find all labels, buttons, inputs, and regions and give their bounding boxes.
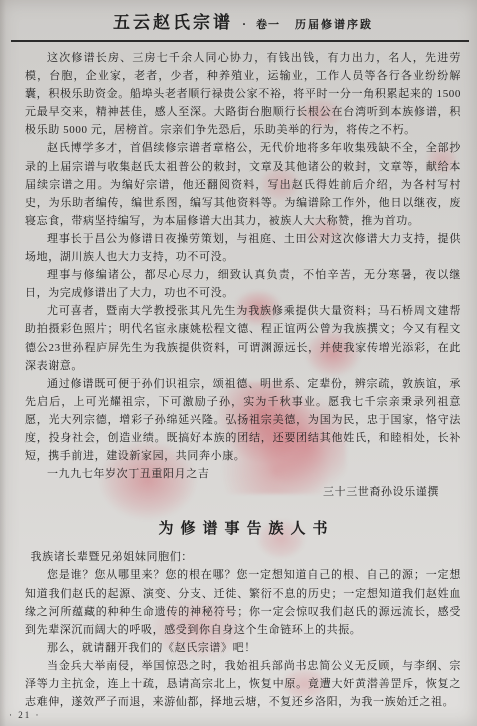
notice-paragraph: 当金兵大举南侵，举国惊恐之时，我始祖兵部尚书忠简公义无反顾，与李纲、宗泽等力主抗… [25,657,461,711]
page-header: 五云赵氏宗谱 · 卷一 历届修谱序跋 [25,11,461,37]
preface-paragraph: 赵氏博学多才，首倡续修宗谱者章格公，无代价地将多年收集残缺不全，全部抄录的上届宗… [25,139,461,229]
preface-paragraph: 理事与修编诸公，都尽心尽力，细致认真负责，不怕辛苦，无分寒暑，夜以继日，为完成修… [25,266,461,302]
preface-date-line: 一九九七年岁次丁丑重阳月之吉 [25,465,461,483]
notice-salutation: 我族诸长辈暨兄弟姐妹同胞们： [25,548,461,566]
preface-paragraph: 理事长于昌公为修谱日夜操劳策划，与祖庭、土田公对这次修谱大力支持，提供场地，湖川… [25,230,461,266]
notice-paragraph: 您是谁？您从哪里来？您的根在哪？您一定想知道自己的根、自己的源；一定想知道我们赵… [25,566,461,638]
notice-section: 我族诸长辈暨兄弟姐妹同胞们： 您是谁？您从哪里来？您的根在哪？您一定想知道自己的… [25,548,461,711]
notice-heading: 为修谱事告族人书 [25,517,461,538]
page-number: · 21 · [9,710,41,720]
preface-paragraph: 尤可喜者，暨南大学教授张其凡先生为我族修乘提供大量资料；马石桥周文建帮助拍摄彩色… [25,302,461,374]
preface-paragraph: 通过修谱既可便于孙们识祖宗，颂祖德、明世系、定辈份，辨宗疏，敦族谊，承先启后，上… [25,375,461,465]
book-title: 五云赵氏宗谱 [113,13,233,32]
preface-paragraph: 这次修谱长房、三房七千余人同心协力，有钱出钱，有力出力，名人，先进劳模，台胞，企… [25,49,461,139]
genealogy-scan-page: 五云赵氏宗谱 · 卷一 历届修谱序跋 这次修谱长房、三房七千余人同心协力，有钱出… [0,0,477,726]
preface-signature: 三十三世裔孙设乐谨撰 [25,483,461,501]
notice-paragraph: 那么，就请翻开我们的《赵氏宗谱》吧！ [25,639,461,657]
title-dot: · [242,17,247,31]
header-rule [11,40,469,42]
volume-label: 卷一 [256,19,280,31]
preface-section: 这次修谱长房、三房七千余人同心协力，有钱出钱，有力出力，名人，先进劳模，台胞，企… [25,49,461,501]
section-label: 历届修谱序跋 [295,19,373,31]
